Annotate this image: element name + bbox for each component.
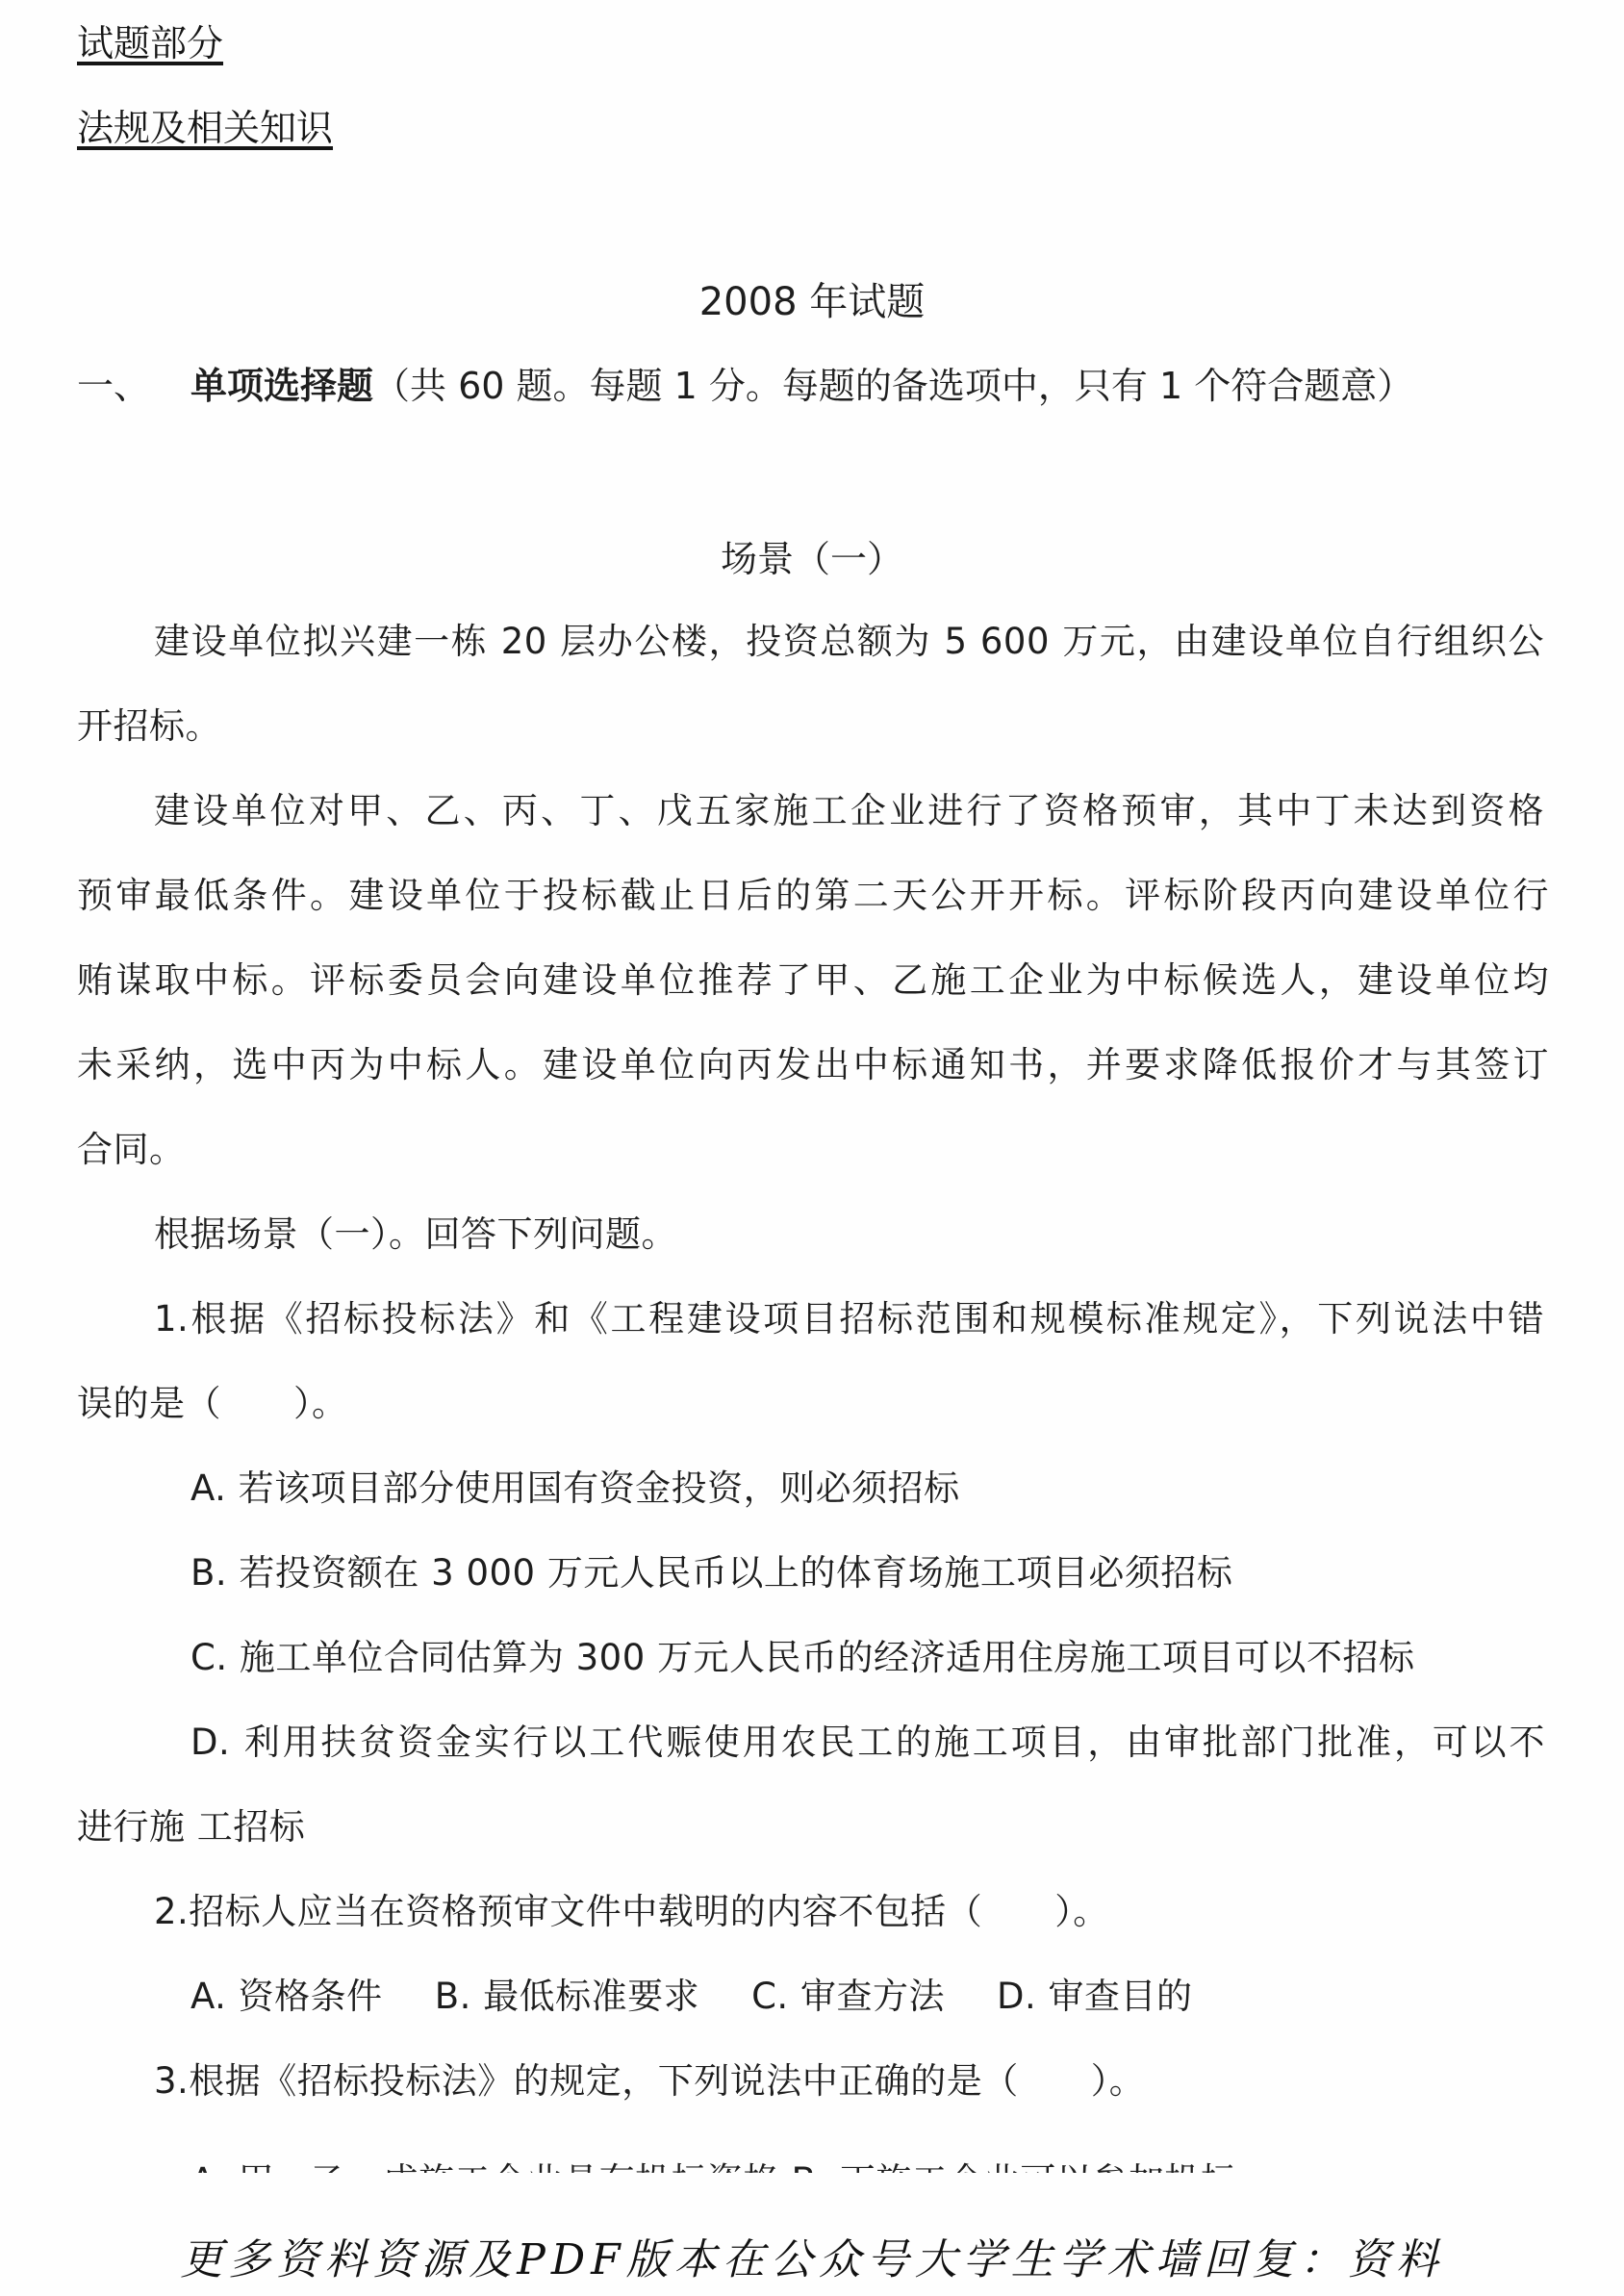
section-heading: 一、单项选择题（共 60 题。每题 1 分。每题的备选项中，只有 1 个符合题意… (77, 356, 1413, 409)
scenario-title: 场景（一） (0, 529, 1624, 582)
exam-year-title: 2008 年试题 (0, 271, 1624, 326)
question-3-options-partial: A. 甲、乙、戊施工企业具有投标资格 B. 丁施工企业可以参加投标 (190, 2152, 1624, 2173)
question-2-option-a: A. 资格条件 (190, 1967, 383, 2019)
scenario-p2-line5: 合同。 (77, 1120, 1549, 1172)
question-3-stem: 3.根据《招标投标法》的规定，下列说法中正确的是（ ）。 (154, 2052, 1624, 2104)
scenario-instruction: 根据场景（一）。回答下列问题。 (154, 1205, 1624, 1257)
footer-promo-text: 更多资料资源及PDF版本在公众号大学生学术墙回复：资料 (0, 2225, 1624, 2286)
question-1-option-a: A. 若该项目部分使用国有资金投资，则必须招标 (190, 1459, 1624, 1511)
scenario-p2-line1: 建设单位对甲、乙、丙、丁、戊五家施工企业进行了资格预审，其中丁未达到资格 (154, 781, 1544, 833)
question-1-stem-line2: 误的是（ ）。 (77, 1374, 1549, 1426)
question-1-option-d-continuation: 进行施 工招标 (77, 1798, 1549, 1850)
section-description: （共 60 题。每题 1 分。每题的备选项中，只有 1 个符合题意） (373, 365, 1413, 407)
question-1-option-d: D. 利用扶贫资金实行以工代赈使用农民工的施工项目，由审批部门批准，可以不 (190, 1713, 1545, 1765)
question-1-stem-line1: 1.根据《招标投标法》和《工程建设项目招标范围和规模标准规定》，下列说法中错 (154, 1289, 1544, 1341)
question-1-option-c: C. 施工单位合同估算为 300 万元人民币的经济适用住房施工项目可以不招标 (190, 1628, 1624, 1680)
question-2-options: A. 资格条件B. 最低标准要求C. 审查方法D. 审查目的 (190, 1967, 1624, 2019)
section-number: 一、 (77, 356, 190, 409)
scenario-p1-line1: 建设单位拟兴建一栋 20 层办公楼，投资总额为 5 600 万元，由建设单位自行… (154, 612, 1544, 664)
scenario-p2-line3: 贿谋取中标。评标委员会向建设单位推荐了甲、乙施工企业为中标候选人，建设单位均 (77, 951, 1549, 1003)
section-name: 单项选择题 (190, 365, 373, 407)
question-1-option-b: B. 若投资额在 3 000 万元人民币以上的体育场施工项目必须招标 (190, 1543, 1624, 1595)
question-2-option-d: D. 审查目的 (997, 1967, 1193, 2019)
scenario-p1-line2: 开招标。 (77, 697, 1549, 749)
scenario-p2-line4: 未采纳，选中丙为中标人。建设单位向丙发出中标通知书，并要求降低报价才与其签订 (77, 1035, 1549, 1087)
scenario-p2-line2: 预审最低条件。建设单位于投标截止日后的第二天公开开标。评标阶段丙向建设单位行 (77, 866, 1549, 918)
subject-title: 法规及相关知识 (77, 98, 333, 151)
question-2-option-b: B. 最低标准要求 (435, 1967, 699, 2019)
question-2-option-c: C. 审查方法 (751, 1967, 945, 2019)
section-title: 试题部分 (77, 13, 223, 66)
question-2-stem: 2.招标人应当在资格预审文件中载明的内容不包括（ ）。 (154, 1882, 1624, 1934)
